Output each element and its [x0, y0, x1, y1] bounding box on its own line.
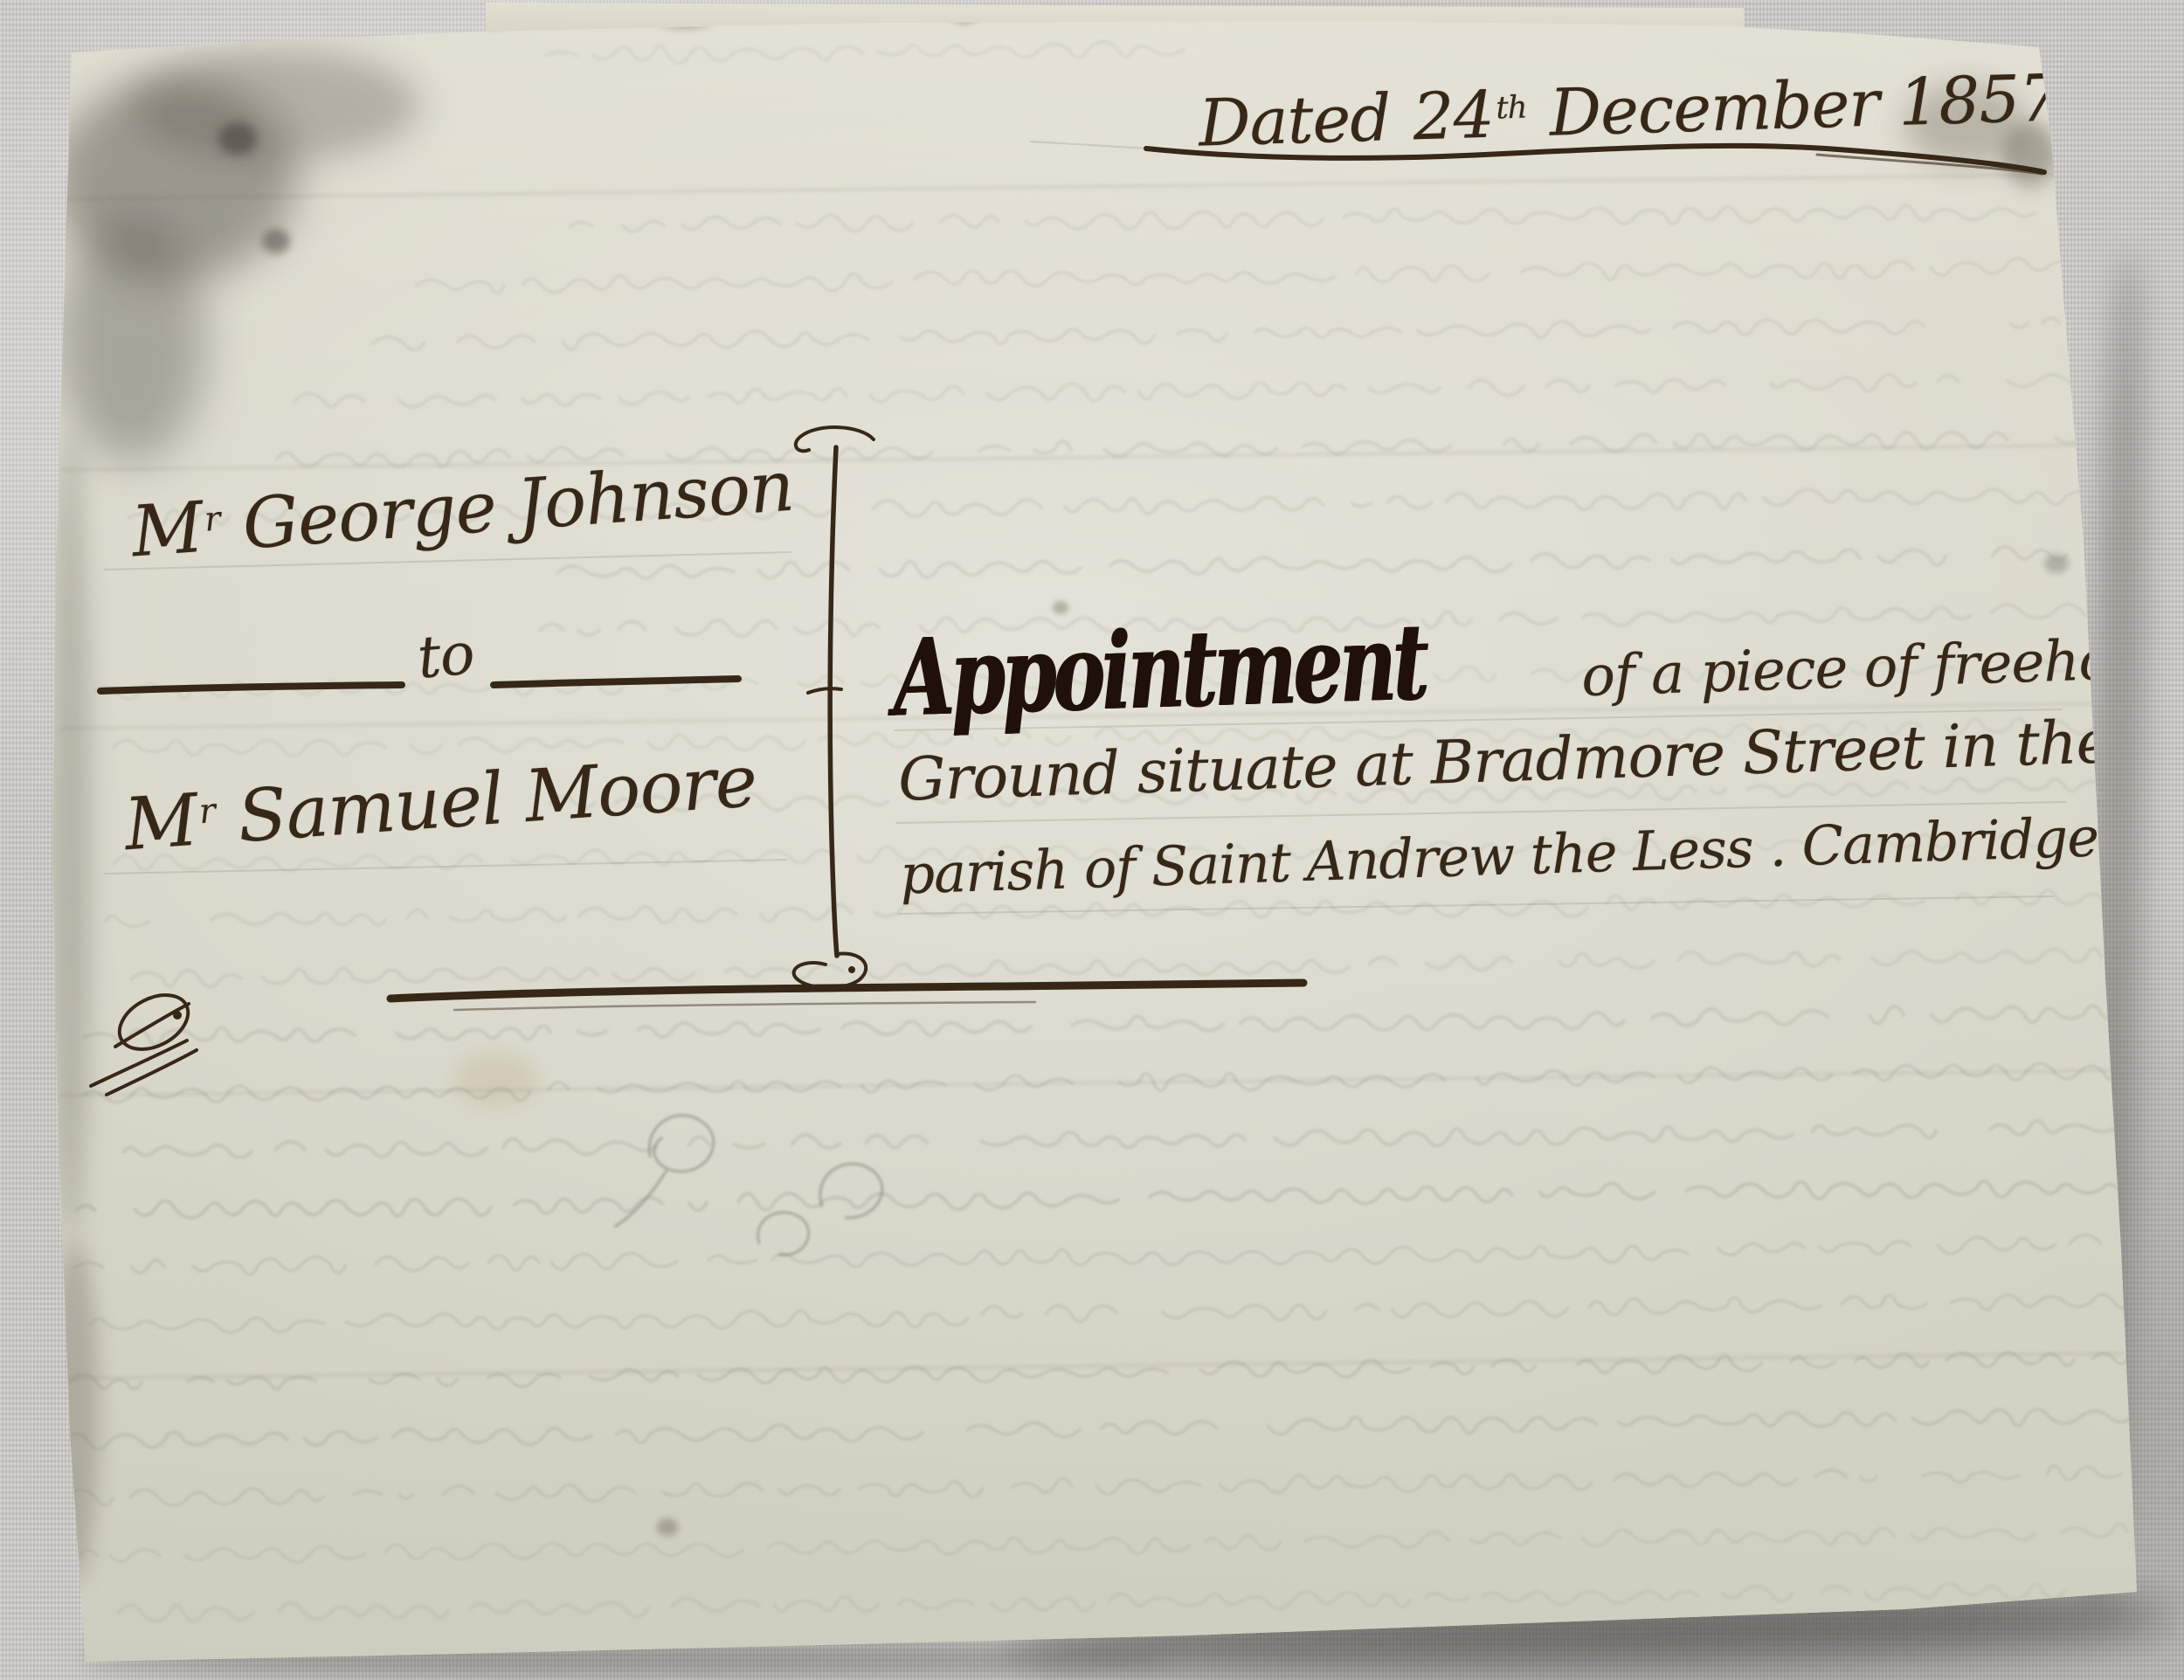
photograph: Dated24thDecember 1857 MrGeorge Johnson …: [0, 0, 2184, 1680]
grantee-honorific-sup: r: [197, 792, 216, 833]
date-ordinal: th: [1496, 89, 1527, 126]
dated-label: Dated: [1198, 80, 1392, 161]
bracket-line: [794, 427, 874, 988]
parties-connector: to: [415, 619, 477, 691]
deed-title-rest: of a piece of freehold: [1580, 626, 2164, 709]
date-month-year: December 1857: [1548, 60, 2060, 150]
grantor-honorific-sup: r: [204, 499, 221, 539]
grantor-honorific: M: [129, 487, 205, 572]
deed-heading: Appointment: [891, 600, 1427, 741]
date-day: 24: [1412, 78, 1495, 156]
parchment-sheet: Dated24thDecember 1857 MrGeorge Johnson …: [0, 0, 2184, 1680]
connector-word: to: [415, 619, 477, 691]
to-rule-right: [494, 679, 738, 685]
paraph-mark: [91, 984, 197, 1095]
grantee-honorific: M: [122, 779, 200, 868]
to-rule-left: [100, 685, 402, 691]
